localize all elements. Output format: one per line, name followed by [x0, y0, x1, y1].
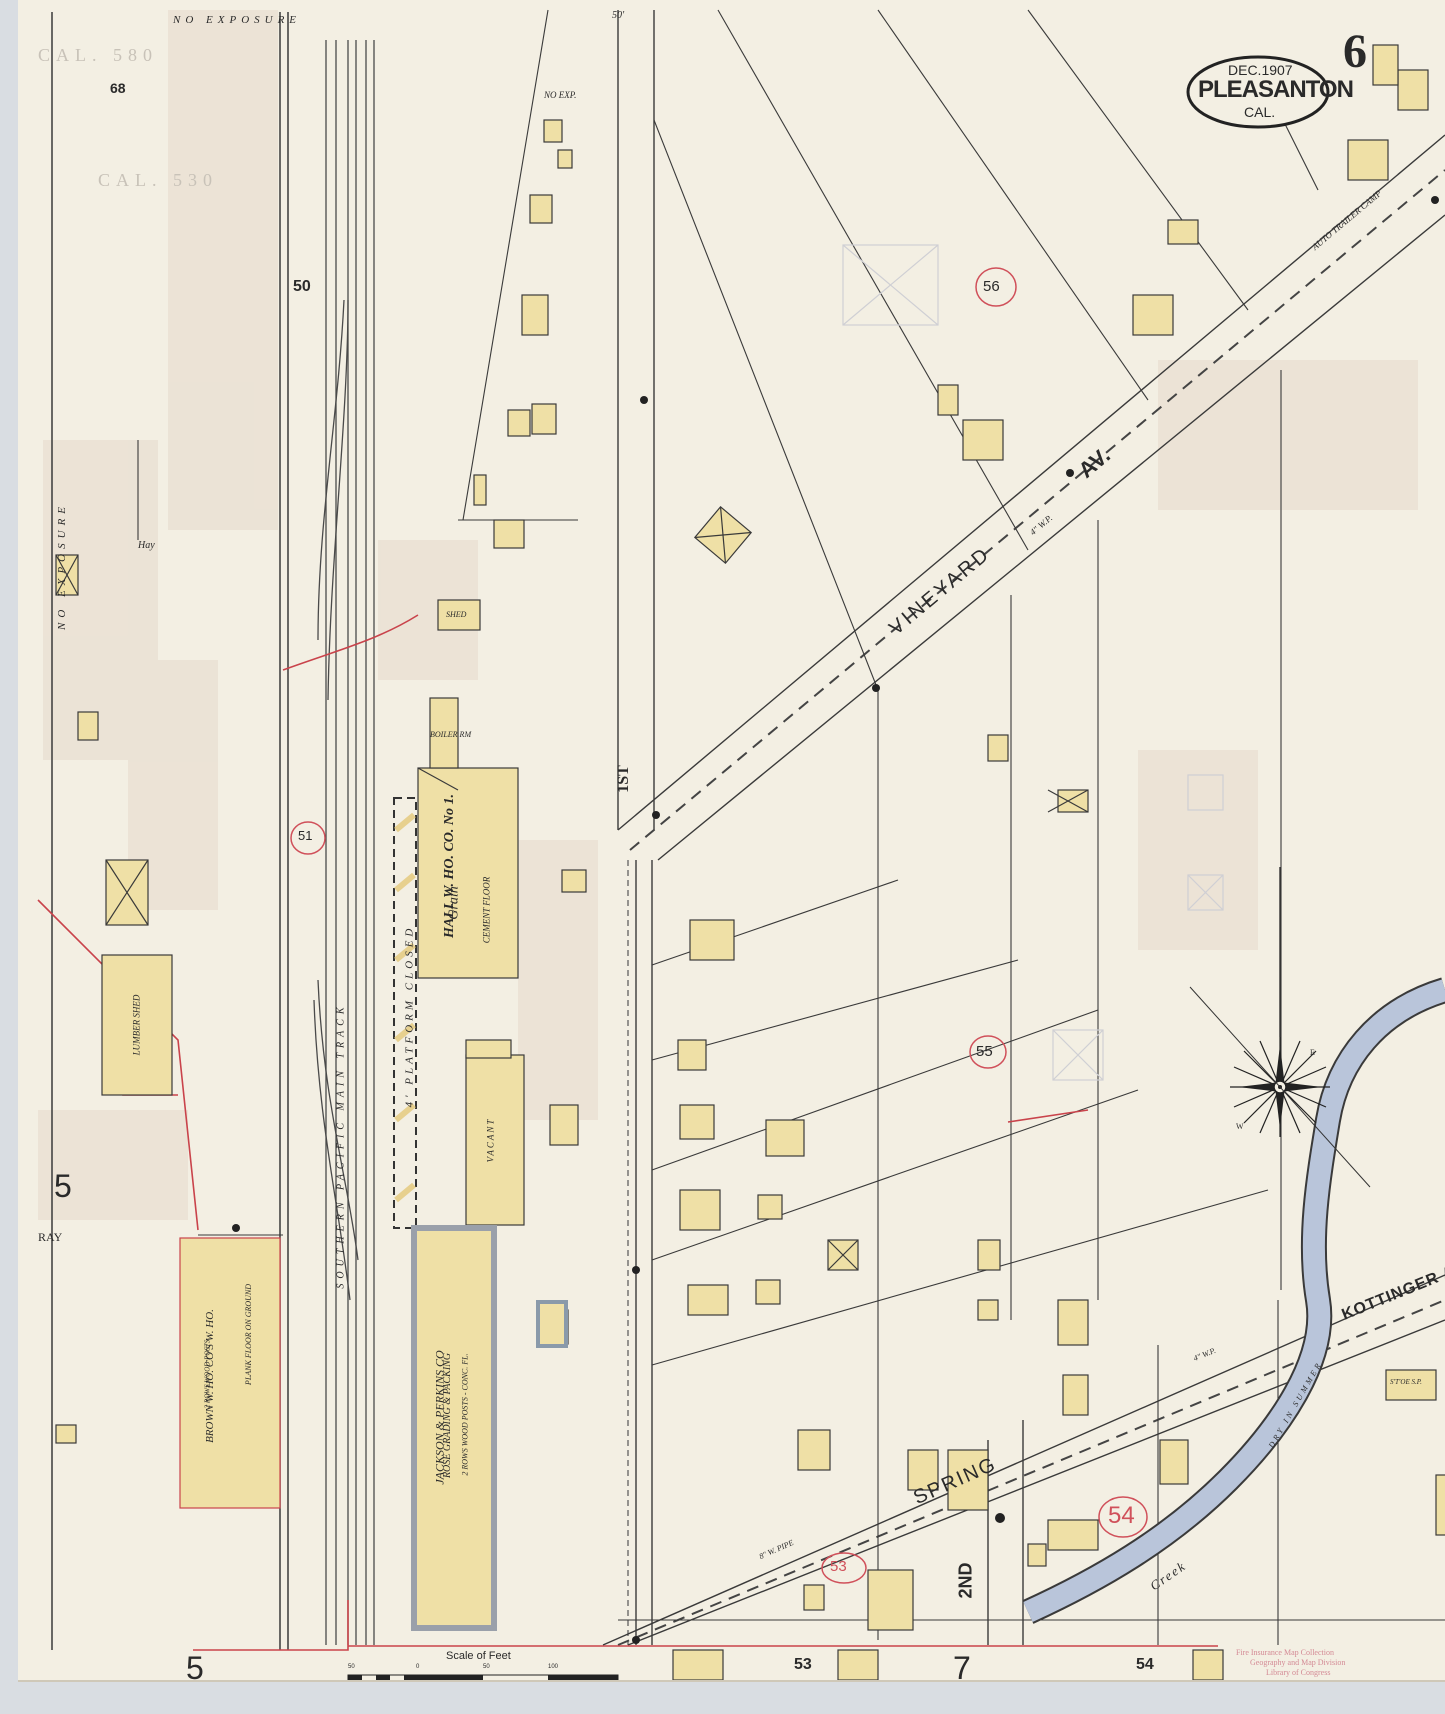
hall-warehouse-use: Grain: [447, 886, 463, 919]
block-number-55: 55: [976, 1043, 993, 1060]
shed-label: SHED: [446, 610, 466, 619]
compass-w-label: W: [1236, 1122, 1244, 1131]
vacant-label: VACANT: [485, 1118, 495, 1163]
exposure-label-left: NO EXPOSURE: [56, 502, 68, 630]
railroad-label: SOUTHERN PACIFIC MAIN TRACK: [336, 1002, 347, 1288]
block-number-50: 50: [293, 278, 311, 296]
sheet-number: 6: [1343, 24, 1367, 79]
block-number-54-circled: 54: [1108, 1502, 1135, 1530]
block-number-68: 68: [110, 80, 126, 96]
jackson-perkins-note: 2 ROWS WOOD POSTS - CONC. FL.: [461, 1353, 470, 1475]
cartouche-state: CAL.: [1244, 104, 1275, 120]
loc-stamp-line3: Library of Congress: [1266, 1668, 1330, 1677]
boiler-room-label: BOILER RM: [430, 730, 471, 739]
compass-e-label: E: [1310, 1048, 1315, 1057]
cartouche-town: PLEASANTON: [1198, 76, 1353, 104]
faded-stamp-1: CAL. 580: [38, 45, 158, 66]
street-label-ray: RAY: [38, 1230, 62, 1245]
block-number-53: 53: [794, 1656, 812, 1674]
lumber-shed-label: LUMBER SHED: [131, 995, 141, 1056]
map-linework: [18, 0, 1445, 1680]
loc-stamp-line2: Geography and Map Division: [1250, 1658, 1345, 1667]
store-label: S'T'OE S.P.: [1390, 1378, 1422, 1386]
scale-title: Scale of Feet: [446, 1650, 511, 1662]
scale-tick-50: 50: [483, 1664, 490, 1670]
street-width-label: 50': [612, 10, 624, 21]
platform-label: 4' PLATFORM CLOSED: [403, 925, 415, 1108]
brown-warehouse-floor: PLANK FLOOR ON GROUND: [244, 1284, 253, 1385]
adjacent-sheet-5-bottom: 5: [186, 1650, 204, 1687]
brown-warehouse-note: 2 ROWS WOOD POSTS: [203, 1340, 211, 1409]
jackson-perkins-use: ROSE GRADING & PACKING: [442, 1353, 453, 1478]
hay-label: Hay: [138, 540, 155, 551]
block-number-56: 56: [983, 278, 1000, 295]
loc-stamp-line1: Fire Insurance Map Collection: [1236, 1648, 1334, 1657]
faded-stamp-2: CAL. 530: [98, 170, 218, 191]
block-number-54: 54: [1136, 1656, 1154, 1674]
scale-tick-100: 100: [548, 1664, 558, 1670]
adjacent-sheet-7: 7: [953, 1650, 971, 1687]
adjacent-sheet-5-left: 5: [54, 1168, 72, 1205]
scale-tick-0: 0: [416, 1664, 419, 1670]
street-label-first: 1ST: [615, 765, 633, 793]
exposure-label-top: NO EXPOSURE: [173, 14, 301, 26]
street-label-second: 2ND: [956, 1562, 977, 1598]
scale-tick-50-left: 50: [348, 1664, 355, 1670]
exposure-label-small: NO EXP.: [544, 90, 576, 100]
hall-warehouse-floor: CEMENT FLOOR: [481, 877, 491, 944]
map-sheet: 6 DEC.1907 PLEASANTON CAL. NO EXPOSURE N…: [18, 0, 1445, 1682]
block-number-53-circled: 53: [830, 1558, 847, 1575]
block-number-51: 51: [298, 828, 312, 843]
